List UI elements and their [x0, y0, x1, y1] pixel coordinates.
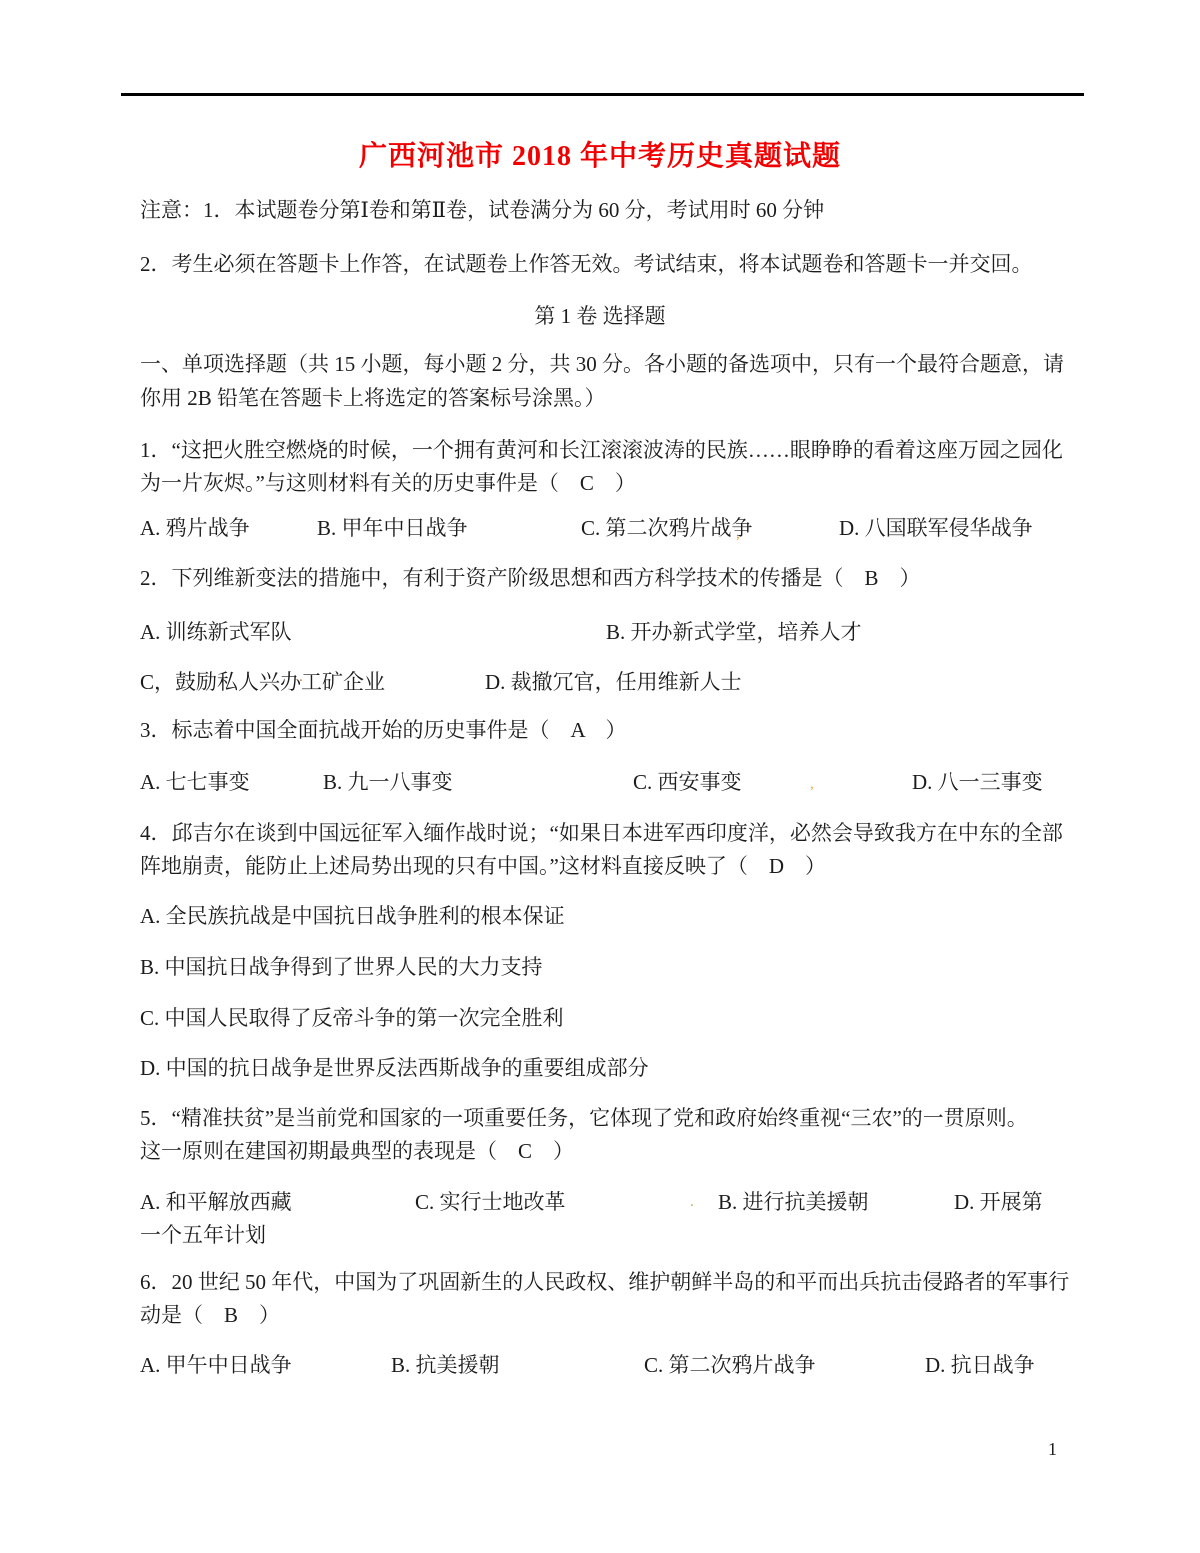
question-5-stem-line-2: 这一原则在建国初期最典型的表现是（ C ）	[140, 1141, 574, 1162]
question-3-option-c: C. 西安事变	[633, 772, 742, 793]
question-1-stem-line-2: 为一片灰烬。”与这则材料有关的历史事件是（ C ）	[140, 473, 636, 494]
question-6-option-c: C. 第二次鸦片战争	[644, 1355, 816, 1376]
question-2-option-c: C，鼓励私人兴办工矿企业	[140, 672, 385, 693]
question-5-option-a: A. 和平解放西藏	[140, 1192, 292, 1213]
question-5-option-c: C. 实行士地改革	[415, 1192, 566, 1213]
question-3-option-b: B. 九一八事变	[323, 772, 453, 793]
question-1-stem-line-1: 1．“这把火胜空燃烧的时候，一个拥有黄河和长江滚滚波涛的民族……眼睁睁的看着这座…	[140, 440, 1063, 461]
exam-title: 广西河池市 2018 年中考历史真题试题	[0, 134, 1200, 174]
question-1-option-c: C. 第二次鸦片战争	[581, 518, 753, 539]
question-2-option-d: D. 裁撤冗官，任用维新人士	[485, 672, 742, 693]
question-5-option-b: B. 进行抗美援朝	[718, 1192, 869, 1213]
header-rule	[121, 93, 1084, 96]
question-3-option-d: D. 八一三事变	[912, 772, 1043, 793]
exam-page: 广西河池市 2018 年中考历史真题试题 注意：1．本试题卷分第Ⅰ卷和第Ⅱ卷，试…	[0, 0, 1200, 1553]
question-2-option-b: B. 开办新式学堂，培养人才	[606, 622, 862, 643]
question-6-option-a: A. 甲午中日战争	[140, 1355, 292, 1376]
question-6-stem-line-2: 动是（ B ）	[140, 1305, 280, 1326]
question-1-option-b: B. 甲年中日战争	[317, 518, 468, 539]
question-1-option-d: D. 八国联军侵华战争	[839, 518, 1033, 539]
question-1-option-a: A. 鸦片战争	[140, 518, 250, 539]
question-4-option-b: B. 中国抗日战争得到了世界人民的大力支持	[140, 957, 543, 978]
question-4-stem-line-2: 阵地崩责，能防止上述局势出现的只有中国。”这材料直接反映了（ D ）	[140, 856, 826, 877]
question-5-option-d: D. 开展第	[954, 1192, 1043, 1213]
page-number: 1	[1048, 1440, 1057, 1458]
ink-speck-1: ,	[736, 527, 740, 542]
question-6-stem-line-1: 6．20 世纪 50 年代，中国为了巩固新生的人民政权、维护朝鲜半岛的和平而出兵…	[140, 1272, 1069, 1293]
section-heading: 第 1 卷 选择题	[0, 306, 1200, 327]
question-4-option-a: A. 全民族抗战是中国抗日战争胜利的根本保证	[140, 906, 565, 927]
question-3-option-a: A. 七七事变	[140, 772, 250, 793]
question-6-option-b: B. 抗美援朝	[391, 1355, 500, 1376]
question-5-stem-line-1: 5．“精准扶贫”是当前党和国家的一项重要任务，它体现了党和政府始终重视“三农”的…	[140, 1108, 1028, 1129]
question-4-option-d: D. 中国的抗日战争是世界反法西斯战争的重要组成部分	[140, 1058, 649, 1079]
notice-line-2: 2．考生必须在答题卡上作答，在试题卷上作答无效。考试结束，将本试题卷和答题卡一并…	[140, 254, 1033, 275]
intro-line-1: 一、单项选择题（共 15 小题，每小题 2 分，共 30 分。各小题的备选项中，…	[140, 354, 1064, 375]
question-6-option-d: D. 抗日战争	[925, 1355, 1035, 1376]
notice-line-1: 注意：1．本试题卷分第Ⅰ卷和第Ⅱ卷，试卷满分为 60 分，考试用时 60 分钟	[140, 200, 824, 221]
question-2-option-a: A. 训练新式军队	[140, 622, 292, 643]
intro-line-2: 你用 2B 铅笔在答题卡上将选定的答案标号涂黑。）	[140, 388, 606, 409]
question-3-stem: 3．标志着中国全面抗战开始的历史事件是（ A ）	[140, 720, 627, 741]
ink-speck-3: ,	[810, 777, 814, 792]
question-4-option-c: C. 中国人民取得了反帝斗争的第一次完全胜利	[140, 1008, 564, 1029]
ink-speck-2: .	[299, 670, 303, 685]
question-2-stem: 2．下列维新变法的措施中，有利于资产阶级思想和西方科学技术的传播是（ B ）	[140, 568, 921, 589]
ink-speck-4: .	[690, 1195, 694, 1210]
question-5-option-d-continuation: 一个五年计划	[140, 1225, 266, 1246]
question-4-stem-line-1: 4．邱吉尔在谈到中国远征军入缅作战时说；“如果日本进军西印度洋，必然会导致我方在…	[140, 823, 1063, 844]
